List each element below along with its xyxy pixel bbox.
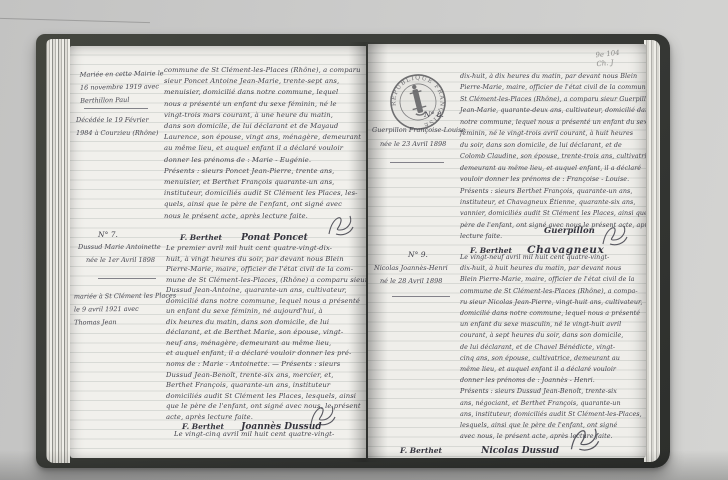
act8-number: N° 8. bbox=[424, 110, 444, 119]
handwritten-line: cinq ans, son épouse, cultivatrice, deme… bbox=[460, 353, 646, 364]
handwritten-line: Laurence, son épouse, vingt ans, ménagèr… bbox=[164, 132, 364, 143]
act7-margin-marriage-note: mariée à St Clément les Placesle 9 avril… bbox=[74, 289, 177, 329]
handwritten-line: noms de : Marie - Antoinette. — Présents… bbox=[166, 359, 364, 370]
handwritten-line: instituteur, domiciliés audit St Clément… bbox=[164, 188, 364, 199]
handwritten-line: le 9 avril 1921 avec bbox=[74, 302, 176, 316]
act8-opening-line: Le vingt-cinq avril mil huit cent quatre… bbox=[174, 430, 334, 438]
handwritten-line: St Clément-les-Places (Rhône), a comparu… bbox=[460, 94, 646, 105]
handwritten-line: domicilié dans notre commune, lequel nou… bbox=[166, 296, 364, 307]
handwritten-line: de lui déclarant, et de Chavel Bénédicte… bbox=[460, 342, 646, 353]
handwritten-line: vannier, domiciliés audit St Clément les… bbox=[460, 208, 646, 219]
handwritten-line: un enfant du sexe masculin, né le vingt-… bbox=[460, 319, 646, 330]
handwritten-line: Décédée le 19 Février bbox=[76, 114, 158, 127]
act6-body-text: commune de St Clément-les-Places (Rhône)… bbox=[164, 65, 364, 222]
act9-number: N° 9. bbox=[408, 250, 428, 259]
left-page: Mariée en cette Mairie le16 novembre 191… bbox=[70, 46, 366, 458]
handwritten-line: dix heures du matin, dans son domicile, … bbox=[166, 317, 364, 328]
act6-margin-death-note: Décédée le 19 Février1984 à Courzieu (Rh… bbox=[76, 114, 158, 140]
handwritten-line: 1984 à Courzieu (Rhône) bbox=[76, 127, 158, 140]
handwritten-line: quels, ainsi que le père de l'enfant, on… bbox=[164, 199, 364, 210]
margin-underline bbox=[84, 108, 148, 109]
register-book: Mariée en cette Mairie le16 novembre 191… bbox=[36, 34, 670, 468]
signature-guerpillon: Guerpillon bbox=[544, 226, 595, 236]
handwritten-line: 16 novembre 1919 avec bbox=[80, 80, 164, 94]
handwritten-line: Berthillon Paul bbox=[80, 93, 164, 107]
handwritten-line: ans, instituteur, domiciliés audit St Cl… bbox=[460, 409, 646, 420]
register-scan: Mariée en cette Mairie le16 novembre 191… bbox=[0, 0, 728, 480]
handwritten-line: Le vingt-neuf avril mil huit cent quatre… bbox=[460, 252, 646, 263]
handwritten-line: menuisier, et Berthet François quarante-… bbox=[164, 177, 364, 188]
handwritten-line: commune de St Clément-les-Places (Rhône)… bbox=[164, 65, 364, 76]
paraph-flourish-icon bbox=[308, 402, 338, 428]
handwritten-line: donner les prénoms de : Marie - Eugénie. bbox=[164, 155, 364, 166]
handwritten-line: dix-huit, à dix heures du matin, par dev… bbox=[460, 71, 646, 82]
handwritten-line: Blein Pierre-Marie, maire, officier de l… bbox=[460, 274, 646, 285]
handwritten-line: Berthet François, quarante-un ans, insti… bbox=[166, 380, 364, 391]
scanner-scratch-line bbox=[0, 18, 150, 23]
handwritten-line: Colomb Claudine, son épouse, trente-troi… bbox=[460, 151, 646, 162]
page-stack-right-edge bbox=[644, 40, 660, 462]
act7-margin-name: Dussud Marie Antoinette bbox=[78, 243, 161, 251]
handwritten-line: vingt-trois mars courant, à une heure du… bbox=[164, 110, 364, 121]
signature-nicolas-dussud: Nicolas Dussud bbox=[481, 446, 559, 456]
handwritten-line: notre commune, lequel nous a présenté un… bbox=[460, 117, 646, 128]
act8-margin-birthdate: née le 23 Avril 1898 bbox=[380, 140, 446, 148]
signature-berthet: F. Berthet bbox=[180, 233, 222, 242]
handwritten-line: Présents : sieurs Berthet François, quar… bbox=[460, 186, 646, 197]
act6-margin-marriage-note: Mariée en cette Mairie le16 novembre 191… bbox=[80, 67, 165, 107]
act9-margin-birthdate: né le 28 Avril 1898 bbox=[380, 277, 442, 285]
act8-margin-name: Guerpillon Françoise-Louise bbox=[372, 126, 465, 134]
handwritten-line: domicilié dans notre commune, lequel nou… bbox=[460, 308, 646, 319]
handwritten-line: nous a présenté un enfant du sexe fémini… bbox=[164, 99, 364, 110]
handwritten-line: mune de St Clément-les-Places, (Rhône) a… bbox=[166, 275, 364, 286]
handwritten-line: neuf ans, ménagère, demeurant au même li… bbox=[166, 338, 364, 349]
handwritten-line: Pierre-Marie, maire, officier de l'état … bbox=[166, 264, 364, 275]
handwritten-line: demeurant au même lieu, et auquel enfant… bbox=[460, 163, 646, 174]
handwritten-line: menuisier, domicilié dans notre commune,… bbox=[164, 87, 364, 98]
handwritten-line: Dussud Jean-Benoît, trente-six ans, merc… bbox=[166, 370, 364, 381]
paraph-flourish-icon bbox=[600, 222, 630, 248]
handwritten-line: ans, négociant, et Berthet François, qua… bbox=[460, 398, 646, 409]
handwritten-line: au même lieu, et auquel enfant il a décl… bbox=[164, 143, 364, 154]
handwritten-line: Présents : sieurs Dussud Jean-Benoît, tr… bbox=[460, 386, 646, 397]
act8-body-text: dix-huit, à dix heures du matin, par dev… bbox=[460, 71, 646, 243]
handwritten-line: Le premier avril mil huit cent quatre-vi… bbox=[166, 243, 364, 254]
handwritten-line: Thomas Jean bbox=[74, 315, 176, 329]
handwritten-line: ru sieur Nicolas Jean-Pierre, vingt-huit… bbox=[460, 297, 646, 308]
handwritten-line: dans son domicile, de lui déclarant et d… bbox=[164, 121, 364, 132]
handwritten-line: commune de St Clément-les-Places (Rhône)… bbox=[460, 286, 646, 297]
page-stack-left-edge bbox=[46, 39, 70, 463]
handwritten-line: Jean-Marie, quarante-deux ans, cultivate… bbox=[460, 105, 646, 116]
signature-berthet: F. Berthet bbox=[400, 446, 442, 455]
act9-margin-name: Nicolas Joannès-Henri bbox=[374, 264, 448, 272]
paraph-flourish-icon bbox=[568, 424, 602, 454]
handwritten-line: Présents : sieurs Poncet Jean-Pierre, tr… bbox=[164, 166, 364, 177]
handwritten-line: donner les prénoms de : Joannès - Henri. bbox=[460, 375, 646, 386]
handwritten-line: domiciliés audit St Clément les Places, … bbox=[166, 391, 364, 402]
act9-body-text: Le vingt-neuf avril mil huit cent quatre… bbox=[460, 252, 646, 442]
handwritten-line: du soir, dans son domicile, de lui décla… bbox=[460, 140, 646, 151]
handwritten-line: Ch. J bbox=[596, 58, 621, 69]
handwritten-line: féminin, né le vingt-trois avril courant… bbox=[460, 128, 646, 139]
act7-margin-birthdate: née le 1er Avril 1898 bbox=[86, 256, 155, 264]
act7-number: N° 7. bbox=[98, 230, 118, 239]
act9-signature-row: F. Berthet Nicolas Dussud bbox=[400, 438, 559, 457]
handwritten-line: dix-huit, à huit heures du matin, par de… bbox=[460, 263, 646, 274]
pencil-page-annotation: 9e 104Ch. J bbox=[595, 49, 621, 69]
handwritten-line: un enfant du sexe féminin, né aujourd'hu… bbox=[166, 306, 364, 317]
handwritten-line: vouloir donner les prénoms de : François… bbox=[460, 174, 646, 185]
handwritten-line: courant, à sept heures du soir, dans son… bbox=[460, 330, 646, 341]
right-page: 9e 104Ch. J RÉPUBLIQUE FRANÇAISE N° 8. G… bbox=[368, 44, 646, 458]
margin-underline bbox=[98, 278, 156, 279]
handwritten-line: mariée à St Clément les Places bbox=[74, 289, 176, 303]
handwritten-line: Mariée en cette Mairie le bbox=[80, 67, 164, 81]
handwritten-line: instituteur, et Chavagneux Étienne, quar… bbox=[460, 197, 646, 208]
handwritten-line: même lieu, et auquel enfant il a déclaré… bbox=[460, 364, 646, 375]
handwritten-line: lesquels, ainsi que le père de l'enfant,… bbox=[460, 420, 646, 431]
handwritten-line: déclarant, et de Berthet Marie, son épou… bbox=[166, 327, 364, 338]
act7-body-text: Le premier avril mil huit cent quatre-vi… bbox=[166, 243, 364, 422]
handwritten-line: Pierre-Marie, maire, officier de l'état … bbox=[460, 82, 646, 93]
margin-underline bbox=[390, 162, 444, 163]
signature-poncet: Ponat Poncet bbox=[241, 233, 308, 243]
handwritten-line: Dussud Jean-Antoine, quarante-un ans, cu… bbox=[166, 285, 364, 296]
handwritten-line: et auquel enfant, il a déclaré vouloir d… bbox=[166, 348, 364, 359]
margin-underline bbox=[392, 296, 450, 297]
handwritten-line: huit, à vingt heures du soir, par devant… bbox=[166, 254, 364, 265]
paraph-flourish-icon bbox=[326, 212, 356, 238]
handwritten-line: sieur Poncet Antoine Jean-Marie, trente-… bbox=[164, 76, 364, 87]
act6-signature-row: F. Berthet Ponat Poncet bbox=[180, 225, 308, 244]
